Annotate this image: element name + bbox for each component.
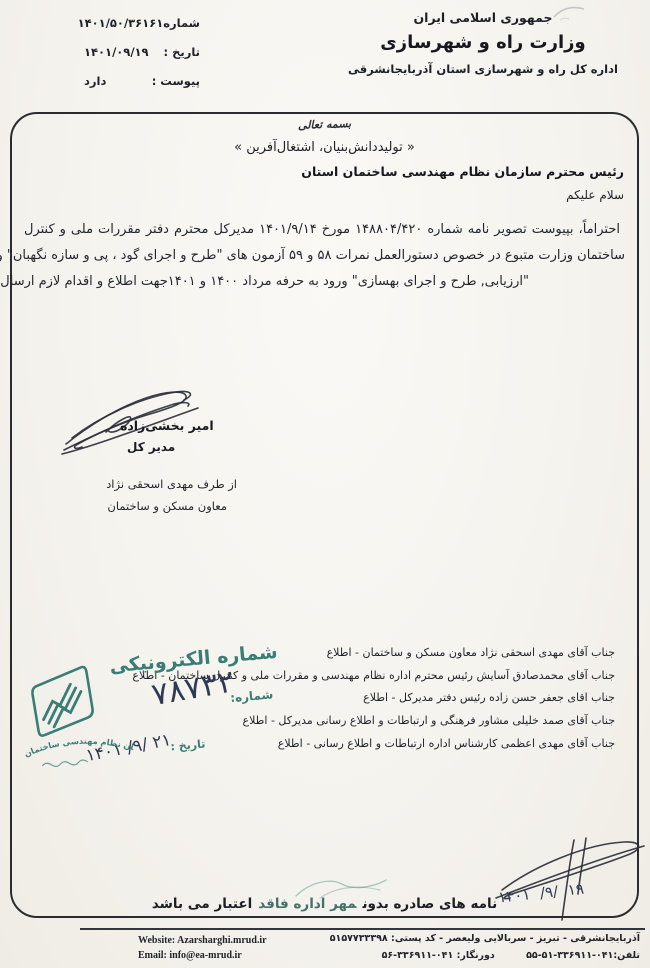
letter-number-row: شماره ۱۴۰۱/۵۰/۳۶۱۶۱ <box>84 16 200 30</box>
validity-note-part1: نامه های صادره بدون <box>362 896 497 912</box>
footer-fax: دورنگار: ۰۴۱-۳۳۶۹۱۱-۵۶ <box>382 950 495 961</box>
footer-contact-en: Website: Azarsharghi.mrud.ir Email: info… <box>138 933 267 963</box>
salutation-line: سلام علیکم <box>566 188 624 202</box>
footer-website: Website: Azarsharghi.mrud.ir <box>138 933 267 948</box>
department-title: اداره کل راه و شهرسازی استان آذربایجانشر… <box>318 62 648 76</box>
letter-attachment-row: پیوست : دارد <box>84 74 200 88</box>
attachment-value: دارد <box>84 74 106 88</box>
body-line-3: "ارزیابی, طرح و اجرای بهسازی" ورود به حر… <box>24 269 625 295</box>
ministry-title: وزارت راه و شهرسازی <box>318 32 648 53</box>
signer-title: مدیر کل <box>127 440 175 454</box>
stamp-date-label: تاریخ : <box>170 737 206 753</box>
footer-contact-fa: آذربایجانشرقی - تبریز - سربالایی ولیعصر … <box>330 931 640 964</box>
recipient-line: رئیس محترم سازمان نظام مهندسی ساختمان اس… <box>301 164 624 179</box>
letter-body: احتراماً، بپیوست تصویر نامه شماره ۱۴۸۸۰۴… <box>24 217 625 295</box>
letter-number-value: ۱۴۰۱/۵۰/۳۶۱۶۱ <box>78 16 164 30</box>
stamp-org-name: سازمان نظام مهندسی ساختمان <box>13 658 137 762</box>
letterhead: جمهوری اسلامی ایران وزارت راه و شهرسازی … <box>318 10 648 76</box>
on-behalf-title: معاون مسکن و ساختمان <box>95 499 227 513</box>
footer-email: Email: info@ea-mrud.ir <box>138 948 267 963</box>
body-line-1: احتراماً، بپیوست تصویر نامه شماره ۱۴۸۸۰۴… <box>24 217 625 243</box>
validity-note-part2: مهر اداره فاقد <box>258 896 356 912</box>
footer-address: آذربایجانشرقی - تبریز - سربالایی ولیعصر … <box>330 931 640 948</box>
year-slogan: « تولیددانش‌بنیان، اشتغال‌آفرین » <box>12 140 637 155</box>
country-title: جمهوری اسلامی ایران <box>318 10 648 25</box>
attachment-label: پیوست : <box>152 74 200 88</box>
validity-note-part3: اعتبار می باشد <box>152 896 252 912</box>
besmellah-text: بسمه تعالی <box>12 107 637 142</box>
on-behalf-line: از طرف مهدی اسحقی نژاد <box>95 477 237 491</box>
scanned-official-letter: { "header": { "right": { "line1": "جمهور… <box>0 0 650 968</box>
engineering-organization-logo-icon: سازمان نظام مهندسی ساختمان <box>19 666 135 771</box>
footer-phone-row: تلفن:۰۴۱-۳۳۶۹۱۱-۵۱-۵۵ دورنگار: ۰۴۱-۳۳۶۹۱… <box>330 948 640 965</box>
svg-text:سازمان نظام مهندسی ساختمان: سازمان نظام مهندسی ساختمان <box>13 658 137 762</box>
signer-name: امیر بخشی‌زاده <box>120 418 214 433</box>
letter-date-row: تاریخ : ۱۴۰۱/۰۹/۱۹ <box>84 45 200 59</box>
letter-number-label: شماره <box>163 16 200 30</box>
letter-date-value: ۱۴۰۱/۰۹/۱۹ <box>84 45 149 59</box>
footer-phone: تلفن:۰۴۱-۳۳۶۹۱۱-۵۱-۵۵ <box>526 950 640 961</box>
body-line-2: ساختمان وزارت متبوع در خصوص دستورالعمل ن… <box>24 243 625 269</box>
letter-date-label: تاریخ : <box>164 45 200 59</box>
electronic-number-stamp: شماره الکترونیکی شماره: ۷۸۷۳۲ تاریخ : ۱۴… <box>9 638 292 801</box>
letter-meta: شماره ۱۴۰۱/۵۰/۳۶۱۶۱ تاریخ : ۱۴۰۱/۰۹/۱۹ پ… <box>84 16 200 103</box>
letter-border-frame: بسمه تعالی « تولیددانش‌بنیان، اشتغال‌آفر… <box>10 112 639 918</box>
